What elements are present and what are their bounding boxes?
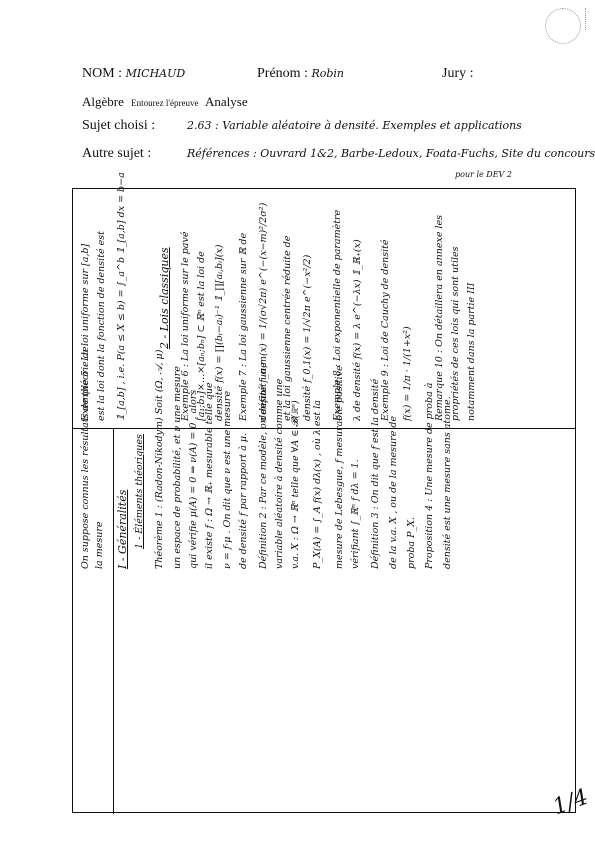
right-line-12: λ de densité f(x) = λ e^(−λx) 𝟙_ℝ₊(x) [353,239,363,421]
references-extra: pour le DEV 2 [455,170,512,179]
left-line-13: de la v.a. X , ou de la mesure de [389,416,399,569]
sujet-row: Sujet choisi : 2.63 : Variable aléatoire… [82,118,582,134]
right-line-17: notamment dans la partie III [467,283,477,421]
intro-line-2: la mesure [95,521,105,569]
right-line-13: Exemple 9 : Loi de Cauchy de densité [381,239,391,421]
margin-rule [113,428,114,814]
right-line-14: f(x) = 1/π · 1/(1+x²) [403,326,413,421]
right-line-8: densité f_σ,m(x) = 1/(σ√2π) e^(−(x−m)²/2… [259,203,269,421]
page-divider [73,428,575,429]
lois-classiques-title: 2 - Lois classiques [159,247,170,349]
references-value: Références : Ouvrard 1&2, Barbe-Ledoux, … [187,147,595,160]
nom-value: MICHAUD [126,67,186,80]
algebre-option: Algèbre [82,94,124,109]
right-line-15: Remarque 10 : On détaillera en annexe le… [435,215,445,421]
left-line-14: proba P_X. [407,517,417,569]
answer-sheet: On suppose connus les résultats de théor… [72,188,576,813]
sujet-label: Sujet choisi : [82,118,155,133]
right-line-5: [a₁;b₁]×…×[aₙ;bₙ] ⊂ ℝⁿ est la loi de [197,251,207,421]
right-line-1: est la loi dont la fonction de densité e… [97,231,107,421]
right-line-0: Exemple 5 : La loi uniforme sur [a,b] [81,244,91,421]
left-line-9: P_X(A) = ∫_A f(x) dλ(x) , où λ est la [313,400,323,569]
epreuve-row: Algèbre Entourez l'épreuve Analyse [82,94,248,110]
scanner-stamp [545,8,581,44]
header-name-row: NOM : MICHAUD Prénom : Robin Jury : [82,66,582,82]
scanner-mark [585,8,587,30]
sujet-value: 2.63 : Variable aléatoire à densité. Exe… [187,119,522,132]
left-line-11: vérifiant ∫_ℝⁿ f dλ = 1. [351,459,361,569]
right-line-4: Exemple 6 : La loi uniforme sur le pavé [181,232,191,421]
nom-label: NOM : [82,66,122,81]
section-title: I - Généralités [117,490,128,569]
left-line-16: densité est une mesure sans atome. [443,396,453,569]
autre-sujet-row: Autre sujet : Références : Ouvrard 1&2, … [82,146,582,162]
right-line-10: densité f_0,1(x) = 1/√2π e^(−x²/2) [303,255,313,421]
prenom-label: Prénom : [257,66,308,81]
analyse-option: Analyse [205,94,248,109]
left-line-8: v.a. X : Ω → ℝⁿ telle que ∀A ∈ 𝓑(ℝⁿ) [291,400,301,569]
autre-sujet-label: Autre sujet : [82,146,151,161]
right-line-2: 𝟙_[a,b] , i.e. P(a ≤ X ≤ b) = ∫_a^b 𝟙_[a… [117,172,127,421]
entourez-instruction: Entourez l'épreuve [131,98,198,108]
right-line-9: et la loi gaussienne centrée réduite de [283,236,293,421]
right-line-7: Exemple 7 : La loi gaussienne sur ℝ de [239,233,249,421]
subsection-title: 1 - Éléments théoriques [135,434,145,549]
jury-label: Jury : [442,66,474,82]
left-line-0: Théorème 1 : (Radon-Nikodym) Soit (Ω, 𝒜,… [155,350,165,569]
prenom-value: Robin [311,67,344,80]
right-line-11: Exemple 8 : Loi exponentielle de paramèt… [333,210,343,421]
right-line-16: propriétés de ces lois qui sont utiles [451,246,461,421]
left-line-5: de densité f par rapport à μ. [239,433,249,569]
right-line-6: densité f(x) = ∏(bᵢ−aᵢ)⁻¹ 𝟙_∏[aᵢ,bᵢ](x) [215,244,225,421]
